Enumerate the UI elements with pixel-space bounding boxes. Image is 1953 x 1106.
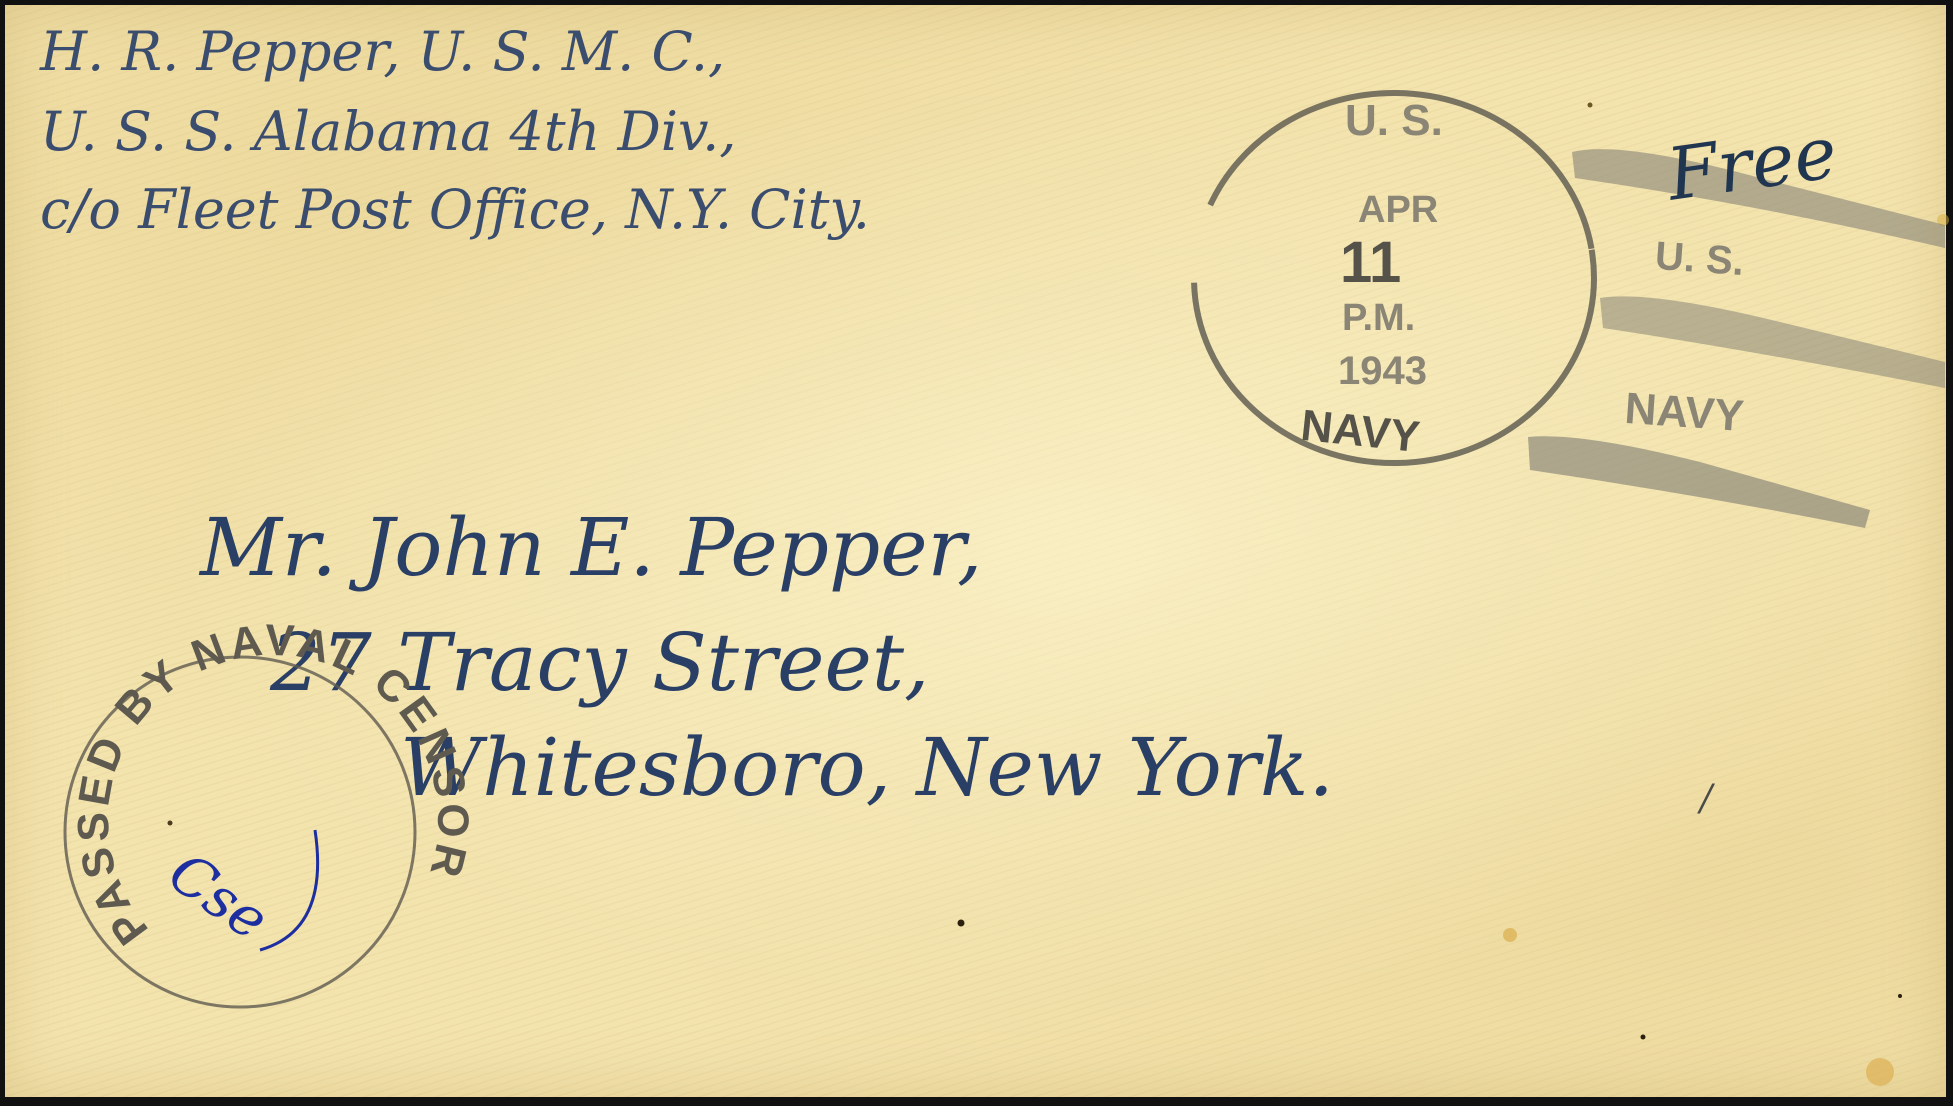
postmark: U. S. APR 11 P.M. 1943 NAVY	[1194, 93, 1594, 463]
return-address-line-1: H. R. Pepper, U. S. M. C.,	[39, 20, 725, 83]
stray-pencil-mark: /	[1697, 778, 1716, 819]
postmark-year: 1943	[1338, 349, 1427, 393]
postmark-day: 11	[1340, 230, 1401, 295]
postmark-bottom-text: NAVY	[1299, 401, 1422, 462]
recipient-line-1: Mr. John E. Pepper,	[198, 501, 982, 594]
censor-initials-flourish	[260, 830, 318, 950]
censor-initials: Cse	[157, 840, 280, 953]
killer-bars-top-text: U. S.	[1654, 234, 1746, 284]
postmark-top-text: U. S.	[1345, 96, 1443, 145]
return-address-line-3: c/o Fleet Post Office, N.Y. City.	[40, 178, 870, 241]
return-address: H. R. Pepper, U. S. M. C., U. S. S. Alab…	[39, 20, 870, 241]
recipient-address: Mr. John E. Pepper, 27 Tracy Street, Whi…	[198, 501, 1334, 814]
killer-bars-bottom-text: NAVY	[1623, 384, 1745, 441]
return-address-line-2: U. S. S. Alabama 4th Div.,	[40, 100, 736, 163]
envelope-markings: H. R. Pepper, U. S. M. C., U. S. S. Alab…	[0, 0, 1953, 1106]
postmark-time: P.M.	[1342, 297, 1415, 339]
postmark-month: APR	[1358, 189, 1438, 231]
recipient-line-3: Whitesboro, New York.	[400, 721, 1334, 814]
